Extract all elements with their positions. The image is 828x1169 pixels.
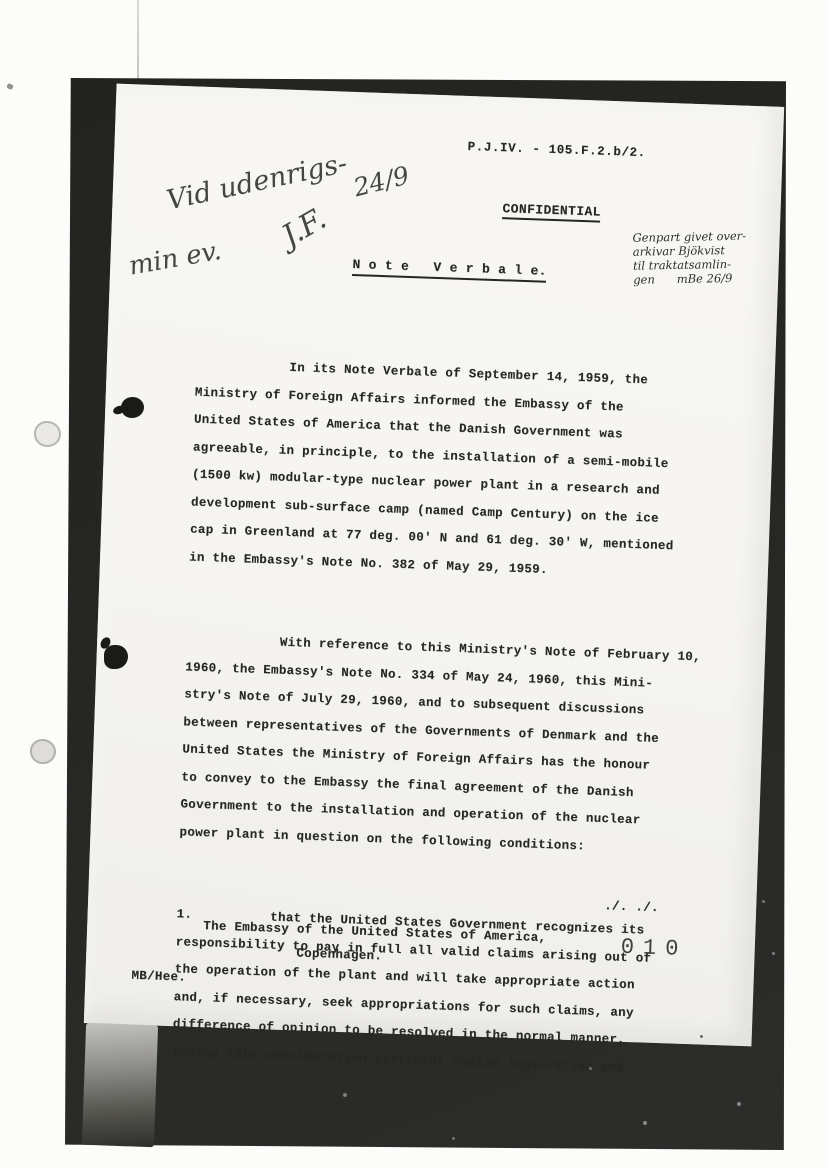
punch-hole-top xyxy=(34,421,61,447)
scan-speck xyxy=(6,83,14,90)
photo-speck xyxy=(762,900,765,903)
photo-speck xyxy=(737,1102,741,1106)
page-number-stamp: 010 xyxy=(620,935,687,962)
handwritten-scrawl-initials: J.F. xyxy=(276,201,332,254)
light-leak-wedge xyxy=(82,1023,158,1147)
filing-marks: ./. ./. xyxy=(604,899,659,915)
typist-initials: MB/Hee. xyxy=(131,969,186,985)
paper-crease-line xyxy=(137,0,139,92)
photo-speck xyxy=(589,1067,592,1070)
photo-speck xyxy=(700,1035,703,1038)
document-paper: P.J.IV. - 105.F.2.b/2. CONFIDENTIAL Genp… xyxy=(84,84,784,1047)
handwritten-scrawl-line2: min ev. xyxy=(127,236,224,282)
paragraph-1: In its Note Verbale of September 14, 195… xyxy=(189,352,711,590)
ink-blot-top xyxy=(121,397,144,418)
punch-hole-bottom xyxy=(30,739,56,764)
handwritten-scrawl-line1: Vid udenrigs- xyxy=(164,148,350,216)
file-reference: P.J.IV. - 105.F.2.b/2. xyxy=(467,140,646,160)
paragraph-2: With reference to this Ministry's Note o… xyxy=(179,626,701,864)
photo-speck xyxy=(772,952,775,955)
classification-heading: CONFIDENTIAL xyxy=(502,201,601,222)
photo-speck xyxy=(452,1137,455,1140)
document-body: In its Note Verbale of September 14, 195… xyxy=(169,297,712,1139)
handwritten-note-right-margin: Genpart givet over- arkivar Bjökvist til… xyxy=(632,229,747,287)
addressee-city: Copenhagen. xyxy=(296,946,382,963)
photo-speck xyxy=(343,1093,347,1097)
document-title: N o t e V e r b a l e. xyxy=(352,257,547,283)
photo-speck xyxy=(643,1121,647,1125)
handwritten-scrawl-date: 24/9 xyxy=(351,161,412,203)
scanned-document-photo: P.J.IV. - 105.F.2.b/2. CONFIDENTIAL Genp… xyxy=(0,0,828,1169)
